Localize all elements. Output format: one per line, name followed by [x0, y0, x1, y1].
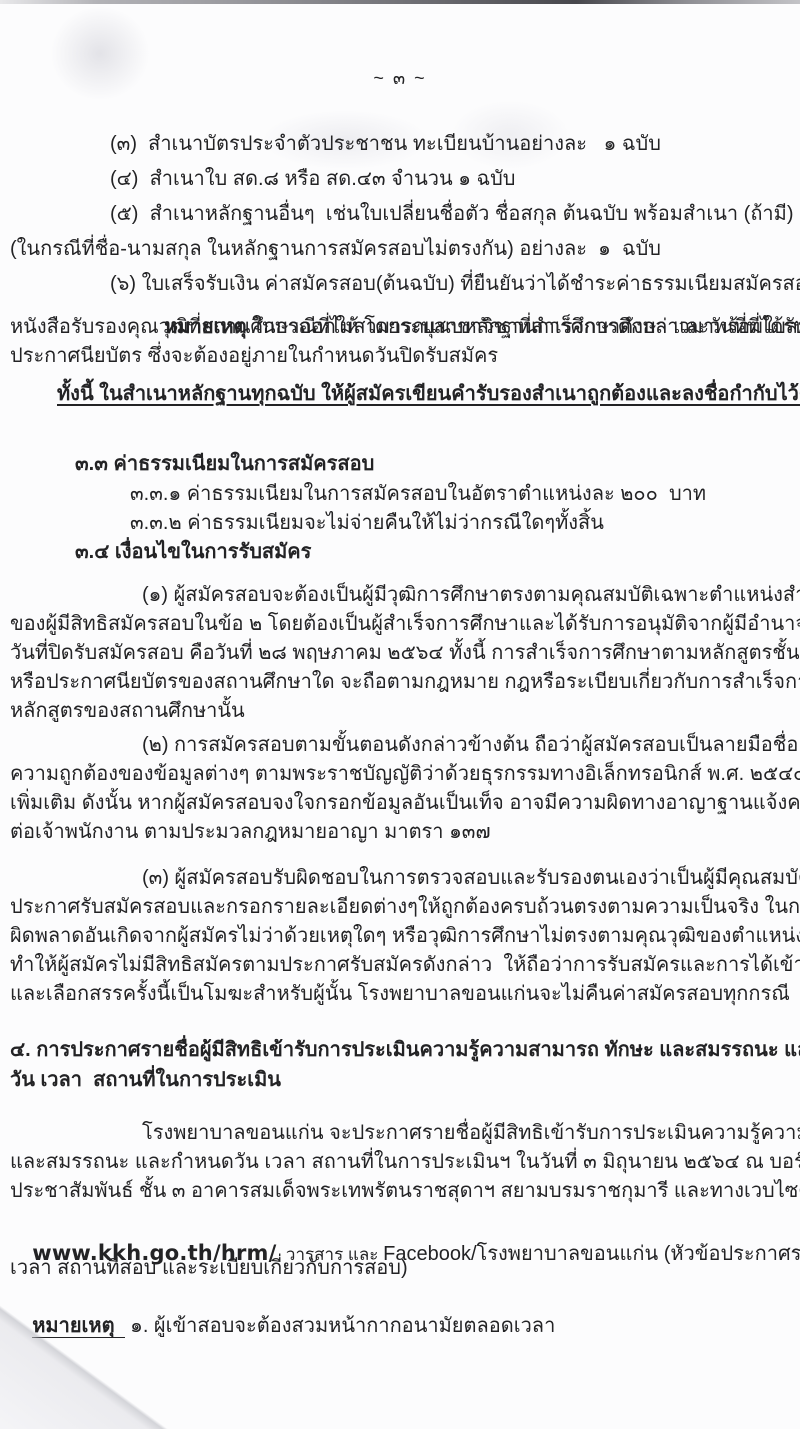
condition-para-3-line-1: (๓) ผู้สมัครสอบรับผิดชอบในการตรวจสอบและร… — [10, 864, 796, 893]
section-4-heading-line-2: วัน เวลา สถานที่ในการประเมิน — [10, 1066, 796, 1095]
condition-para-3-line-5: และเลือกสรรครั้งนี้เป็นโมฆะสำหรับผู้นั้น… — [10, 980, 796, 1009]
condition-para-2-line-4: ต่อเจ้าพนักงาน ตามประมวลกฎหมายอาญา มาตรา… — [10, 818, 796, 847]
checklist-item-5: (๕) สำเนาหลักฐานอื่นๆ เช่นใบเปลี่ยนชื่อต… — [10, 200, 796, 229]
note-paragraph-line-2: หนังสือรับรองคุณวุฒิที่สถานศึกษาออกให้ โ… — [10, 313, 796, 342]
scan-edge-artifact — [0, 0, 800, 4]
checklist-item-5-continuation: (ในกรณีที่ชื่อ-นามสกุล ในหลักฐานการสมัคร… — [10, 235, 796, 264]
announcement-para-line-3: ประชาสัมพันธ์ ชั้น ๓ อาคารสมเด็จพระเทพรั… — [10, 1177, 796, 1206]
condition-para-3-line-2: ประกาศรับสมัครสอบและกรอกรายละเอียดต่างๆใ… — [10, 893, 796, 922]
condition-para-1-line-2: ของผู้มีสิทธิสมัครสอบในข้อ ๒ โดยต้องเป็น… — [10, 610, 796, 639]
fee-item-3-3-1: ๓.๓.๑ ค่าธรรมเนียมในการสมัครสอบในอัตราตำ… — [10, 480, 796, 509]
section-4-heading-line-1: ๔. การประกาศรายชื่อผู้มีสิทธิเข้ารับการป… — [10, 1036, 796, 1065]
checklist-item-4: (๔) สำเนาใบ สด.๘ หรือ สด.๔๓ จำนวน ๑ ฉบับ — [10, 165, 796, 194]
condition-para-3-line-3: ผิดพลาดอันเกิดจากผู้สมัครไม่ว่าด้วยเหตุใ… — [10, 922, 796, 951]
condition-para-2-line-3: เพิ่มเติม ดังนั้น หากผู้สมัครสอบจงใจกรอก… — [10, 789, 796, 818]
note-paragraph-line-1: หมายเหตุ ในกรณีที่ไม่สามารถแนบหลักฐานการ… — [10, 284, 796, 313]
certify-statement: ทั้งนี้ ในสำเนาหลักฐานทุกฉบับ ให้ผู้สมัค… — [10, 380, 796, 409]
checklist-item-3: (๓) สำเนาบัตรประจำตัวประชาชน ทะเบียนบ้าน… — [10, 130, 796, 159]
condition-para-3-line-4: ทำให้ผู้สมัครไม่มีสิทธิสมัครตามประกาศรับ… — [10, 951, 796, 980]
section-3-3-heading: ๓.๓ ค่าธรรมเนียมในการสมัครสอบ — [10, 450, 796, 479]
page-corner-fold — [0, 1300, 175, 1429]
condition-para-1-line-1: (๑) ผู้สมัครสอบจะต้องเป็นผู้มีวุฒิการศึก… — [10, 581, 796, 610]
condition-para-1-line-3: วันที่ปิดรับสมัครสอบ คือวันที่ ๒๘ พฤษภาค… — [10, 639, 796, 668]
condition-para-1-line-5: หลักสูตรของสถานศึกษานั้น — [10, 697, 796, 726]
condition-para-2-line-1: (๒) การสมัครสอบตามขั้นตอนดังกล่าวข้างต้น… — [10, 731, 796, 760]
announcement-para-line-5: เวลา สถานที่สอบ และระเบียบเกี่ยวกับการสอ… — [10, 1254, 796, 1283]
condition-para-1-line-4: หรือประกาศนียบัตรของสถานศึกษาใด จะถือตาม… — [10, 668, 796, 697]
announcement-para-line-1: โรงพยาบาลขอนแก่น จะประกาศรายชื่อผู้มีสิท… — [10, 1119, 796, 1148]
note-paragraph-line-3: ประกาศนียบัตร ซึ่งจะต้องอยู่ภายในกำหนดวั… — [10, 342, 796, 371]
footnote-text: ๑. ผู้เข้าสอบจะต้องสวมหน้ากากอนามัยตลอดเ… — [125, 1315, 556, 1337]
section-3-4-heading: ๓.๔ เงื่อนไขในการรับสมัคร — [10, 538, 796, 567]
fee-item-3-3-2: ๓.๓.๒ ค่าธรรมเนียมจะไม่จ่ายคืนให้ไม่ว่าก… — [10, 509, 796, 538]
condition-para-2-line-2: ความถูกต้องของข้อมูลต่างๆ ตามพระราชบัญญั… — [10, 760, 796, 789]
announcement-para-line-4: www.kkh.go.th/hrm/ วารสาร และ Facebook/โ… — [10, 1210, 796, 1239]
page-number: ~ ๓ ~ — [0, 64, 800, 93]
announcement-para-line-2: และสมรรถนะ และกำหนดวัน เวลา สถานที่ในการ… — [10, 1148, 796, 1177]
scanned-document-page: ~ ๓ ~ (๓) สำเนาบัตรประจำตัวประชาชน ทะเบี… — [0, 0, 800, 1429]
